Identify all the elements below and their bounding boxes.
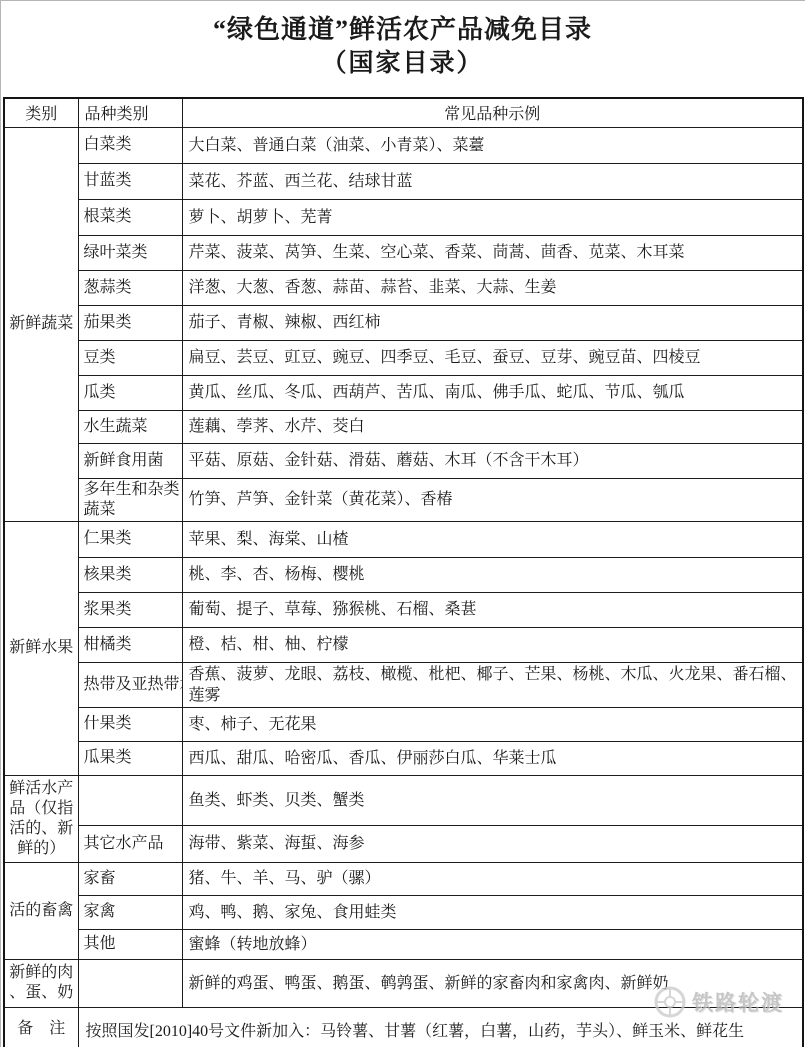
variety-cell: 热带及亚热带水果 — [78, 662, 182, 707]
variety-cell: 新鲜食用菌 — [78, 443, 182, 478]
examples-cell: 扁豆、芸豆、豇豆、豌豆、四季豆、毛豆、蚕豆、豆芽、豌豆苗、四棱豆 — [182, 340, 803, 375]
category-cell: 新鲜蔬菜 — [4, 127, 78, 521]
examples-cell: 萝卜、胡萝卜、芜菁 — [182, 199, 803, 235]
examples-cell: 蜜蜂（转地放蜂） — [182, 929, 803, 959]
variety-cell: 其他 — [78, 929, 182, 959]
table-row: 浆果类葡萄、提子、草莓、猕猴桃、石榴、桑葚 — [4, 592, 803, 627]
examples-cell: 莲藕、荸荠、水芹、茭白 — [182, 410, 803, 443]
variety-cell: 水生蔬菜 — [78, 410, 182, 443]
variety-cell: 仁果类 — [78, 521, 182, 557]
examples-cell: 大白菜、普通白菜（油菜、小青菜）、菜薹 — [182, 127, 803, 163]
examples-cell: 香蕉、菠萝、龙眼、荔枝、橄榄、枇杷、椰子、芒果、杨桃、木瓜、火龙果、番石榴、莲雾 — [182, 662, 803, 707]
examples-cell: 菜花、芥蓝、西兰花、结球甘蓝 — [182, 163, 803, 199]
variety-cell: 豆类 — [78, 340, 182, 375]
variety-cell: 甘蓝类 — [78, 163, 182, 199]
title-line-1: “绿色通道”鲜活农产品减免目录 — [0, 12, 805, 48]
variety-cell: 根菜类 — [78, 199, 182, 235]
variety-cell: 浆果类 — [78, 592, 182, 627]
examples-cell: 平菇、原菇、金针菇、滑菇、蘑菇、木耳（不含干木耳） — [182, 443, 803, 478]
header-row: 类别 品种类别 常见品种示例 — [4, 98, 803, 127]
table-row: 其他蜜蜂（转地放蜂） — [4, 929, 803, 959]
variety-cell: 绿叶菜类 — [78, 235, 182, 270]
catalog-table: 类别 品种类别 常见品种示例 新鲜蔬菜白菜类大白菜、普通白菜（油菜、小青菜）、菜… — [3, 97, 804, 1047]
table-row: 绿叶菜类芹菜、菠菜、莴笋、生菜、空心菜、香菜、茼蒿、茴香、苋菜、木耳菜 — [4, 235, 803, 270]
table-row: 水生蔬菜莲藕、荸荠、水芹、茭白 — [4, 410, 803, 443]
table-row: 热带及亚热带水果香蕉、菠萝、龙眼、荔枝、橄榄、枇杷、椰子、芒果、杨桃、木瓜、火龙… — [4, 662, 803, 707]
table-row: 新鲜水果仁果类苹果、梨、海棠、山楂 — [4, 521, 803, 557]
table-row: 茄果类茄子、青椒、辣椒、西红柿 — [4, 305, 803, 340]
header-category: 类别 — [4, 98, 78, 127]
examples-cell: 洋葱、大葱、香葱、蒜苗、蒜苔、韭菜、大蒜、生姜 — [182, 270, 803, 305]
variety-cell: 白菜类 — [78, 127, 182, 163]
table-row: 其它水产品海带、紫菜、海蜇、海参 — [4, 825, 803, 862]
variety-cell: 瓜类 — [78, 375, 182, 410]
title-line-2: （国家目录） — [0, 48, 805, 80]
variety-cell: 家禽 — [78, 895, 182, 929]
examples-cell: 桃、李、杏、杨梅、樱桃 — [182, 557, 803, 592]
table-row: 活的畜禽家畜猪、牛、羊、马、驴（骡） — [4, 862, 803, 895]
table-row: 什果类枣、柿子、无花果 — [4, 707, 803, 741]
category-cell: 活的畜禽 — [4, 862, 78, 959]
category-cell: 新鲜水果 — [4, 521, 78, 775]
examples-cell: 枣、柿子、无花果 — [182, 707, 803, 741]
examples-cell: 橙、桔、柑、柚、柠檬 — [182, 627, 803, 662]
variety-cell: 柑橘类 — [78, 627, 182, 662]
table-row: 瓜果类西瓜、甜瓜、哈密瓜、香瓜、伊丽莎白瓜、华莱士瓜 — [4, 741, 803, 775]
category-cell: 新鲜的肉、蛋、奶 — [4, 959, 78, 1007]
variety-cell: 核果类 — [78, 557, 182, 592]
table-row: 瓜类黄瓜、丝瓜、冬瓜、西葫芦、苦瓜、南瓜、佛手瓜、蛇瓜、节瓜、瓠瓜 — [4, 375, 803, 410]
table-row: 鲜活水产品（仅指活的、新鲜的）鱼类、虾类、贝类、蟹类 — [4, 775, 803, 825]
variety-cell: 家畜 — [78, 862, 182, 895]
examples-cell: 葡萄、提子、草莓、猕猴桃、石榴、桑葚 — [182, 592, 803, 627]
table-row: 根菜类萝卜、胡萝卜、芜菁 — [4, 199, 803, 235]
note-row: 备 注按照国发[2010]40号文件新加入：马铃薯、甘薯（红薯，白薯，山药，芋头… — [4, 1007, 803, 1047]
variety-cell: 多年生和杂类蔬菜 — [78, 478, 182, 521]
table-row: 豆类扁豆、芸豆、豇豆、豌豆、四季豆、毛豆、蚕豆、豆芽、豌豆苗、四棱豆 — [4, 340, 803, 375]
note-text-cell: 按照国发[2010]40号文件新加入：马铃薯、甘薯（红薯，白薯，山药，芋头）、鲜… — [78, 1007, 803, 1047]
variety-cell — [78, 959, 182, 1007]
variety-cell — [78, 775, 182, 825]
table-row: 多年生和杂类蔬菜竹笋、芦笋、金针菜（黄花菜）、香椿 — [4, 478, 803, 521]
table-row: 新鲜的肉、蛋、奶新鲜的鸡蛋、鸭蛋、鹅蛋、鹌鹑蛋、新鲜的家畜肉和家禽肉、新鲜奶 — [4, 959, 803, 1007]
examples-cell: 黄瓜、丝瓜、冬瓜、西葫芦、苦瓜、南瓜、佛手瓜、蛇瓜、节瓜、瓠瓜 — [182, 375, 803, 410]
category-cell: 鲜活水产品（仅指活的、新鲜的） — [4, 775, 78, 862]
examples-cell: 竹笋、芦笋、金针菜（黄花菜）、香椿 — [182, 478, 803, 521]
document-title: “绿色通道”鲜活农产品减免目录 （国家目录） — [0, 0, 805, 97]
header-variety: 品种类别 — [78, 98, 182, 127]
table-row: 新鲜食用菌平菇、原菇、金针菇、滑菇、蘑菇、木耳（不含干木耳） — [4, 443, 803, 478]
variety-cell: 葱蒜类 — [78, 270, 182, 305]
note-label-cell: 备 注 — [4, 1007, 78, 1047]
examples-cell: 猪、牛、羊、马、驴（骡） — [182, 862, 803, 895]
examples-cell: 海带、紫菜、海蜇、海参 — [182, 825, 803, 862]
table-body: 新鲜蔬菜白菜类大白菜、普通白菜（油菜、小青菜）、菜薹甘蓝类菜花、芥蓝、西兰花、结… — [4, 127, 803, 1047]
examples-cell: 芹菜、菠菜、莴笋、生菜、空心菜、香菜、茼蒿、茴香、苋菜、木耳菜 — [182, 235, 803, 270]
examples-cell: 鸡、鸭、鹅、家兔、食用蛙类 — [182, 895, 803, 929]
table-row: 甘蓝类菜花、芥蓝、西兰花、结球甘蓝 — [4, 163, 803, 199]
examples-cell: 苹果、梨、海棠、山楂 — [182, 521, 803, 557]
table-row: 柑橘类橙、桔、柑、柚、柠檬 — [4, 627, 803, 662]
table-row: 家禽鸡、鸭、鹅、家兔、食用蛙类 — [4, 895, 803, 929]
table-row: 新鲜蔬菜白菜类大白菜、普通白菜（油菜、小青菜）、菜薹 — [4, 127, 803, 163]
header-examples: 常见品种示例 — [182, 98, 803, 127]
examples-cell: 新鲜的鸡蛋、鸭蛋、鹅蛋、鹌鹑蛋、新鲜的家畜肉和家禽肉、新鲜奶 — [182, 959, 803, 1007]
variety-cell: 茄果类 — [78, 305, 182, 340]
examples-cell: 茄子、青椒、辣椒、西红柿 — [182, 305, 803, 340]
table-row: 核果类桃、李、杏、杨梅、樱桃 — [4, 557, 803, 592]
variety-cell: 其它水产品 — [78, 825, 182, 862]
examples-cell: 西瓜、甜瓜、哈密瓜、香瓜、伊丽莎白瓜、华莱士瓜 — [182, 741, 803, 775]
examples-cell: 鱼类、虾类、贝类、蟹类 — [182, 775, 803, 825]
variety-cell: 瓜果类 — [78, 741, 182, 775]
table-row: 葱蒜类洋葱、大葱、香葱、蒜苗、蒜苔、韭菜、大蒜、生姜 — [4, 270, 803, 305]
variety-cell: 什果类 — [78, 707, 182, 741]
